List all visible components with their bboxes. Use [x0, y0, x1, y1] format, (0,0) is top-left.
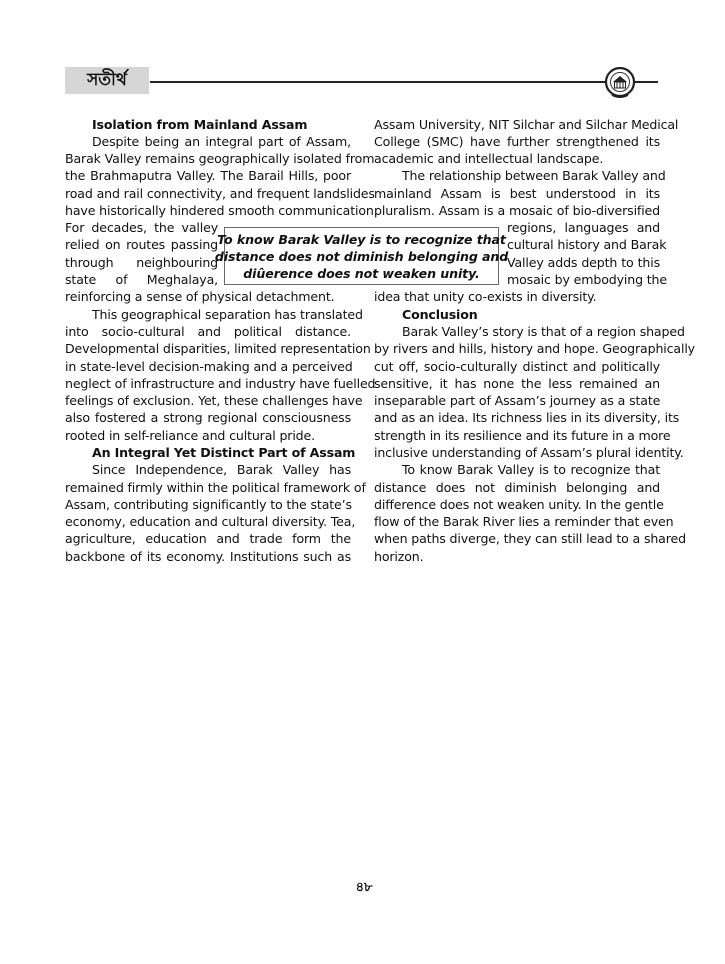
- section-heading-integral: An Integral Yet Distinct Part of Assam: [92, 444, 351, 461]
- pull-quote-line: distance does not diminish belonging and: [215, 248, 508, 265]
- paragraph-line: To know Barak Valley is to recognize tha…: [402, 461, 660, 478]
- paragraph-line: College (SMC) have further strengthened …: [374, 133, 660, 150]
- paragraph-line: cut off, socio-culturally distinct and p…: [374, 358, 660, 375]
- paragraph-line: backbone of its economy. Institutions su…: [65, 548, 351, 565]
- paragraph-line: Barak Valley’s story is that of a region…: [402, 323, 660, 340]
- page-number: ৪৮: [352, 878, 376, 899]
- paragraph-line: agriculture, education and trade form th…: [65, 530, 351, 547]
- paragraph-line: sensitive, it has none the less remained…: [374, 375, 660, 392]
- paragraph-line: flow of the Barak River lies a reminder …: [374, 513, 660, 530]
- paragraph-line: remained firmly within the political fra…: [65, 479, 351, 496]
- paragraph-line: relied on routes passing: [65, 236, 218, 253]
- paragraph-line: into socio-cultural and political distan…: [65, 323, 351, 340]
- paragraph-line: Despite being an integral part of Assam,: [92, 133, 351, 150]
- paragraph-line: state of Meghalaya,: [65, 271, 218, 288]
- institution-emblem-icon: [604, 67, 636, 99]
- paragraph-line: neglect of infrastructure and industry h…: [65, 375, 351, 392]
- pull-quote-box: To know Barak Valley is to recognize tha…: [224, 227, 499, 285]
- header-divider: [150, 81, 658, 83]
- paragraph-line: mainland Assam is best understood in its: [374, 185, 660, 202]
- paragraph-line: rooted in self-reliance and cultural pri…: [65, 427, 351, 444]
- paragraph-line: This geographical separation has transla…: [92, 306, 351, 323]
- paragraph-line: the Brahmaputra Valley. The Barail Hills…: [65, 167, 351, 184]
- paragraph-line: Assam University, NIT Silchar and Silcha…: [374, 116, 660, 133]
- section-heading-isolation: Isolation from Mainland Assam: [92, 116, 351, 133]
- paragraph-line: Since Independence, Barak Valley has: [92, 461, 351, 478]
- paragraph-line: inseparable part of Assam’s journey as a…: [374, 392, 660, 409]
- paragraph-line: through neighbouring: [65, 254, 218, 271]
- paragraph-line: feelings of exclusion. Yet, these challe…: [65, 392, 351, 409]
- paragraph-line: economy, education and cultural diversit…: [65, 513, 351, 530]
- magazine-title-label: সতীৰ্থ: [65, 67, 149, 94]
- paragraph-line: regions, languages and: [507, 219, 660, 236]
- paragraph-line: The relationship between Barak Valley an…: [402, 167, 660, 184]
- paragraph-line: when paths diverge, they can still lead …: [374, 530, 660, 547]
- paragraph-line: in state-level decision-making and a per…: [65, 358, 351, 375]
- pull-quote-line: To know Barak Valley is to recognize tha…: [217, 231, 506, 248]
- paragraph-line: reinforcing a sense of physical detachme…: [65, 288, 351, 305]
- paragraph-line: Assam, contributing significantly to the…: [65, 496, 351, 513]
- paragraph-line: Barak Valley remains geographically isol…: [65, 150, 351, 167]
- paragraph-line: idea that unity co-exists in diversity.: [374, 288, 660, 305]
- paragraph-line: pluralism. Assam is a mosaic of bio-dive…: [374, 202, 660, 219]
- paragraph-line: Developmental disparities, limited repre…: [65, 340, 351, 357]
- pull-quote-line: diûerence does not weaken unity.: [243, 265, 479, 282]
- paragraph-line: inclusive understanding of Assam’s plura…: [374, 444, 660, 461]
- paragraph-line: have historically hindered smooth commun…: [65, 202, 351, 219]
- paragraph-line: strength in its resilience and its futur…: [374, 427, 660, 444]
- paragraph-line: For decades, the valley: [65, 219, 218, 236]
- paragraph-line: also fostered a strong regional consciou…: [65, 409, 351, 426]
- paragraph-line: cultural history and Barak: [507, 236, 660, 253]
- paragraph-line: academic and intellectual landscape.: [374, 150, 660, 167]
- paragraph-line: mosaic by embodying the: [507, 271, 660, 288]
- paragraph-line: difference does not weaken unity. In the…: [374, 496, 660, 513]
- paragraph-line: Valley adds depth to this: [507, 254, 660, 271]
- paragraph-line: road and rail connectivity, and frequent…: [65, 185, 351, 202]
- paragraph-line: distance does not diminish belonging and: [374, 479, 660, 496]
- paragraph-line: horizon.: [374, 548, 660, 565]
- paragraph-line: by rivers and hills, history and hope. G…: [374, 340, 660, 357]
- section-heading-conclusion: Conclusion: [402, 306, 660, 323]
- paragraph-line: and as an idea. Its richness lies in its…: [374, 409, 660, 426]
